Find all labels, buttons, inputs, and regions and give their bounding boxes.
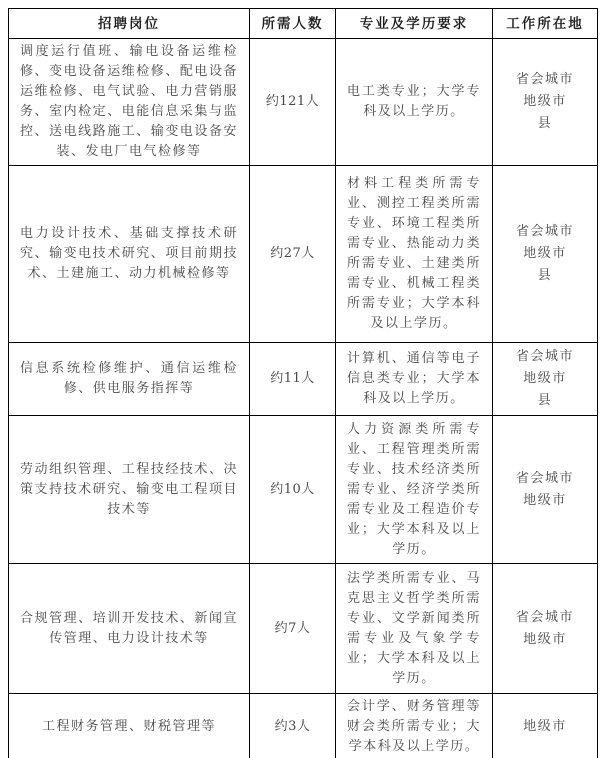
cell-requirements: 电工类专业；大学专科及以上学历。 — [336, 39, 493, 166]
cell-location: 省会城市 地级市 县 — [493, 39, 598, 166]
cell-location: 省会城市 地级市 — [493, 564, 598, 694]
cell-headcount: 约11人 — [250, 343, 336, 416]
cell-headcount: 约3人 — [250, 694, 336, 758]
header-headcount: 所需人数 — [250, 9, 336, 39]
cell-location: 地级市 — [493, 694, 598, 758]
cell-position: 信息系统检修维护、通信运维检修、供电服务指挥等 — [9, 343, 250, 416]
cell-headcount: 约10人 — [250, 416, 336, 564]
cell-location: 省会城市 地级市 县 — [493, 343, 598, 416]
cell-headcount: 约7人 — [250, 564, 336, 694]
header-location: 工作所在地 — [493, 9, 598, 39]
cell-requirements: 材料工程类所需专业、测控工程类所需专业、环境工程类所需专业、热能动力类所需专业、… — [336, 166, 493, 343]
cell-requirements: 会计学、财务管理等财会类所需专业；大学本科及以上学历。 — [336, 694, 493, 758]
table-row: 合规管理、培训开发技术、新闻宣传管理、电力设计技术等 约7人 法学类所需专业、马… — [9, 564, 598, 694]
table-row: 工程财务管理、财税管理等 约3人 会计学、财务管理等财会类所需专业；大学本科及以… — [9, 694, 598, 758]
header-requirements: 专业及学历要求 — [336, 9, 493, 39]
cell-position: 调度运行值班、输电设备运维检修、变电设备运维检修、配电设备运维检修、电气试验、电… — [9, 39, 250, 166]
cell-headcount: 约27人 — [250, 166, 336, 343]
header-position: 招聘岗位 — [9, 9, 250, 39]
table-row: 信息系统检修维护、通信运维检修、供电服务指挥等 约11人 计算机、通信等电子信息… — [9, 343, 598, 416]
table-row: 电力设计技术、基础支撑技术研究、输变电技术研究、项目前期技术、土建施工、动力机械… — [9, 166, 598, 343]
cell-position: 合规管理、培训开发技术、新闻宣传管理、电力设计技术等 — [9, 564, 250, 694]
cell-location: 省会城市 地级市 — [493, 416, 598, 564]
cell-requirements: 计算机、通信等电子信息类专业；大学本科及以上学历。 — [336, 343, 493, 416]
table-header-row: 招聘岗位 所需人数 专业及学历要求 工作所在地 — [9, 9, 598, 39]
table-row: 劳动组织管理、工程技经技术、决策支持技术研究、输变电工程项目技术等 约10人 人… — [9, 416, 598, 564]
document-page: 招聘岗位 所需人数 专业及学历要求 工作所在地 调度运行值班、输电设备运维检修、… — [0, 0, 604, 758]
cell-position: 工程财务管理、财税管理等 — [9, 694, 250, 758]
cell-headcount: 约121人 — [250, 39, 336, 166]
recruitment-table: 招聘岗位 所需人数 专业及学历要求 工作所在地 调度运行值班、输电设备运维检修、… — [8, 8, 598, 758]
cell-position: 电力设计技术、基础支撑技术研究、输变电技术研究、项目前期技术、土建施工、动力机械… — [9, 166, 250, 343]
cell-requirements: 法学类所需专业、马克思主义哲学类所需专业、文学新闻类所需专业及气象学专业；大学本… — [336, 564, 493, 694]
cell-requirements: 人力资源类所需专业、工程管理类所需专业、技术经济类所需专业、经济学类所需专业及工… — [336, 416, 493, 564]
cell-location: 省会城市 地级市 县 — [493, 166, 598, 343]
cell-position: 劳动组织管理、工程技经技术、决策支持技术研究、输变电工程项目技术等 — [9, 416, 250, 564]
table-row: 调度运行值班、输电设备运维检修、变电设备运维检修、配电设备运维检修、电气试验、电… — [9, 39, 598, 166]
